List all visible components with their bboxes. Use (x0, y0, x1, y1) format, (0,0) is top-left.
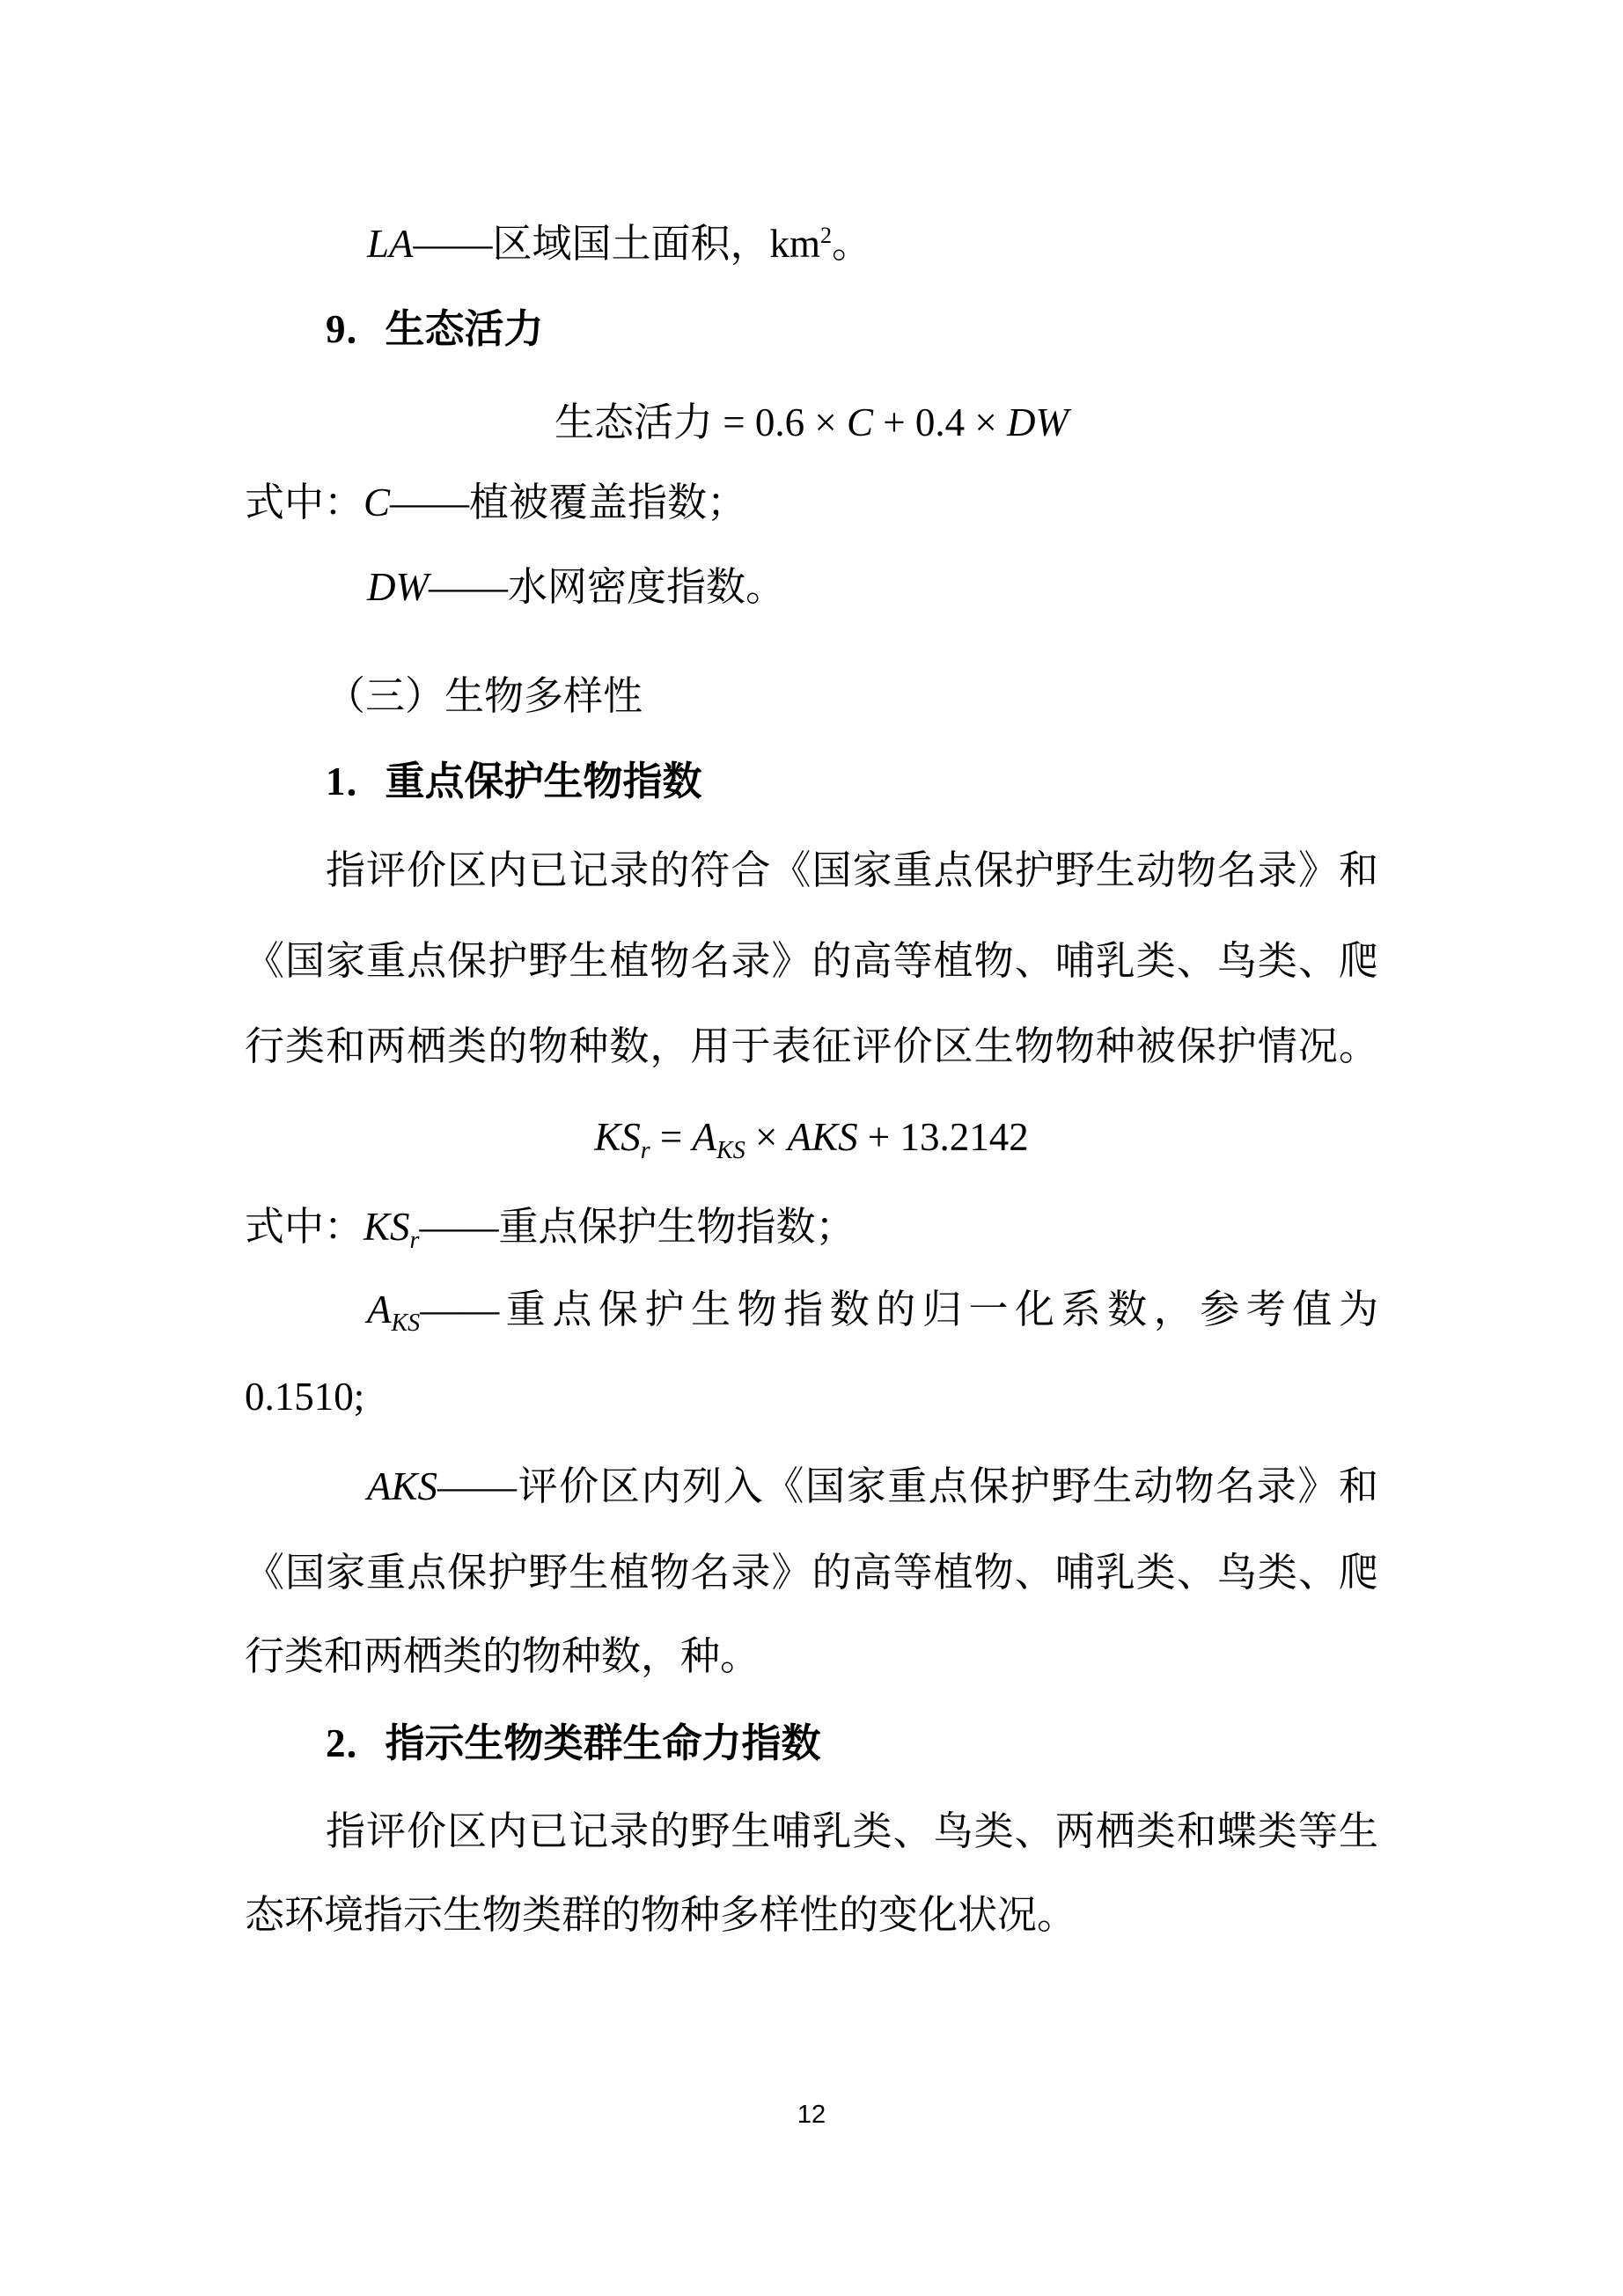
section-label: （三）生物多样性 (326, 674, 643, 718)
variable-a: A (693, 1115, 717, 1159)
definition-line-aks-count: AKS——评价区内列入《国家重点保护野生动物名录》和 (245, 1463, 1378, 1510)
paragraph-text: 行类和两栖类的物种数，用于表征评价区生物物种被保护情况。 (245, 1024, 1378, 1068)
variable-aks: AKS (367, 1464, 437, 1508)
subscript-r: r (410, 1227, 420, 1254)
heading-number: 1． (326, 759, 386, 803)
heading-1-protected-species-index: 1．重点保护生物指数 (326, 758, 702, 805)
shizhong-prefix: 式中： (245, 480, 364, 524)
paragraph-text: 《国家重点保护野生植物名录》的高等植物、哺乳类、鸟类、爬 (245, 939, 1378, 983)
paragraph-text: 指评价区内已记录的符合《国家重点保护野生动物名录》和 (326, 848, 1378, 892)
em-dash: —— (429, 565, 508, 609)
variable-c: C (364, 480, 390, 524)
em-dash: —— (420, 1287, 499, 1331)
formula-operator: = (650, 1115, 693, 1159)
period: 。 (832, 222, 871, 266)
variable-c: C (847, 400, 873, 444)
document-page: { "page": { "number": "12", "background_… (0, 0, 1623, 2296)
variable-dw: DW (367, 565, 429, 609)
definition-text: 行类和两栖类的物种数，种。 (245, 1634, 760, 1678)
definition-line-la: LA——区域国土面积，km2。 (367, 220, 871, 268)
paragraph-line: 行类和两栖类的物种数，用于表征评价区生物物种被保护情况。 (245, 1023, 1378, 1070)
definition-text: 《国家重点保护野生植物名录》的高等植物、哺乳类、鸟类、爬 (245, 1551, 1378, 1595)
definition-text: 区域国土面积，km (493, 222, 821, 266)
paragraph-line: 指评价区内已记录的野生哺乳类、鸟类、两栖类和蝶类等生 (245, 1808, 1378, 1855)
formula-ks: KSr = AKS × AKS + 13.2142 (0, 1113, 1623, 1161)
formula-lhs: 生态活力 (554, 400, 713, 444)
definition-text: 水网密度指数。 (508, 565, 785, 609)
reference-value: 0.1510; (245, 1375, 364, 1419)
variable-ks: KS (594, 1115, 641, 1159)
formula-operator: + 0.4 × (873, 400, 1007, 444)
paragraph-line: 行类和两栖类的物种数，种。 (245, 1632, 760, 1680)
em-dash: —— (390, 480, 469, 524)
variable-la: LA (367, 222, 414, 266)
heading-number: 2． (326, 1721, 386, 1765)
definition-line-aks-coefficient: AKS——重点保护生物指数的归一化系数，参考值为 (245, 1286, 1378, 1333)
value-line: 0.1510; (245, 1373, 364, 1420)
paragraph-line: 态环境指示生物类群的物种多样性的变化状况。 (245, 1891, 1076, 1939)
shizhong-prefix: 式中： (245, 1205, 364, 1249)
variable-aks: AKS (788, 1115, 858, 1159)
subscript-ks: KS (392, 1309, 421, 1337)
definition-text: 重点保护生物指数； (498, 1205, 855, 1249)
variable-ks: KS (364, 1205, 410, 1249)
em-dash: —— (414, 222, 493, 266)
definition-text: 重点保护生物指数的归一化系数，参考值为 (499, 1287, 1378, 1331)
em-dash: —— (437, 1464, 517, 1508)
subscript-r: r (641, 1137, 650, 1164)
definition-line-dw: DW——水网密度指数。 (367, 563, 785, 611)
paragraph-text: 态环境指示生物类群的物种多样性的变化状况。 (245, 1893, 1076, 1937)
formula-operator: × (745, 1115, 788, 1159)
heading-2-indicator-taxa-index: 2．指示生物类群生命力指数 (326, 1720, 821, 1767)
formula-vitality: 生态活力 = 0.6 × C + 0.4 × DW (0, 399, 1623, 446)
definition-line-c: 式中：C——植被覆盖指数； (245, 479, 746, 526)
heading-9-ecological-vitality: 9．生态活力 (326, 305, 544, 353)
variable-a: A (367, 1287, 392, 1331)
subscript-ks: KS (716, 1137, 745, 1164)
definition-text: 植被覆盖指数； (469, 480, 746, 524)
definition-text: 评价区内列入《国家重点保护野生动物名录》和 (517, 1464, 1378, 1508)
paragraph-text: 指评价区内已记录的野生哺乳类、鸟类、两栖类和蝶类等生 (326, 1809, 1378, 1853)
section-heading-biodiversity: （三）生物多样性 (326, 672, 643, 720)
formula-constant: + 13.2142 (858, 1115, 1029, 1159)
heading-number: 9． (326, 307, 386, 351)
heading-title: 生态活力 (386, 307, 544, 351)
heading-title: 指示生物类群生命力指数 (386, 1721, 821, 1765)
paragraph-line: 指评价区内已记录的符合《国家重点保护野生动物名录》和 (245, 847, 1378, 894)
superscript-2: 2 (820, 223, 832, 248)
paragraph-line: 《国家重点保护野生植物名录》的高等植物、哺乳类、鸟类、爬 (245, 1549, 1378, 1596)
definition-line-ksr: 式中：KSr——重点保护生物指数； (245, 1203, 855, 1251)
formula-operator: = 0.6 × (713, 400, 847, 444)
heading-title: 重点保护生物指数 (386, 759, 702, 803)
variable-dw: DW (1007, 400, 1069, 444)
paragraph-line: 《国家重点保护野生植物名录》的高等植物、哺乳类、鸟类、爬 (245, 937, 1378, 985)
em-dash: —— (419, 1205, 498, 1249)
page-number: 12 (0, 2102, 1623, 2130)
